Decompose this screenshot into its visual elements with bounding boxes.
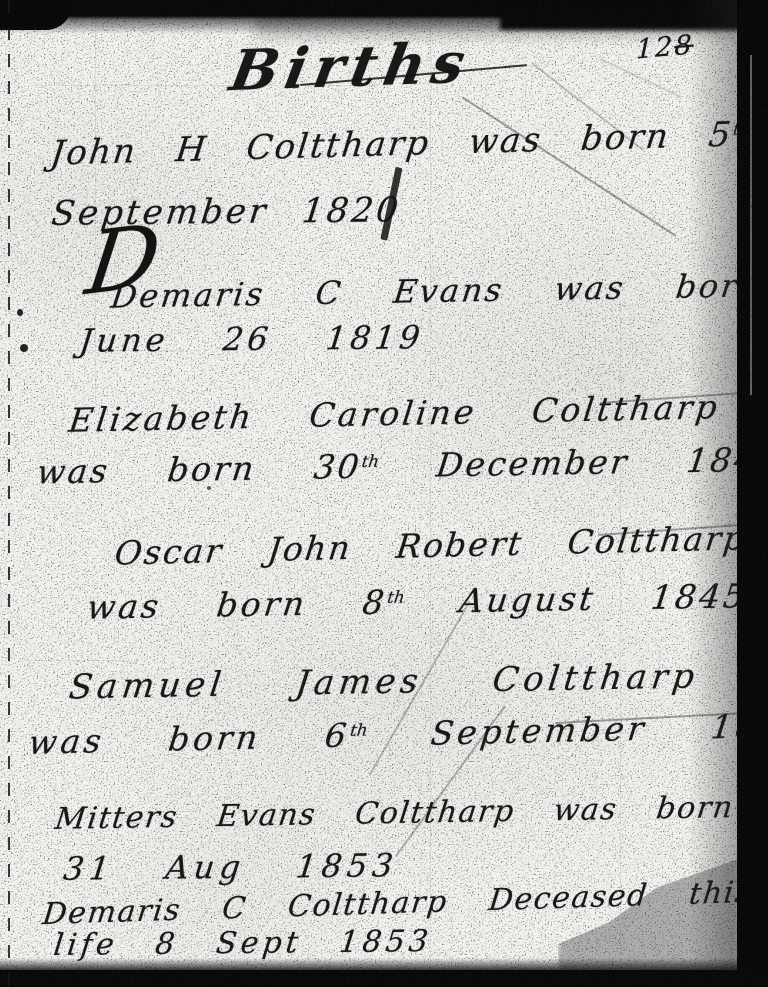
- ink-dot: [20, 344, 28, 352]
- line-text: Mitters Evans Colttharp was born: [53, 790, 736, 837]
- birth-entry-5-line-2: was born 6th September 1847: [27, 705, 768, 762]
- line-text: was born 30: [35, 447, 364, 492]
- ink-dot: [17, 309, 23, 316]
- line-text: John H Colttharp was born 5: [49, 115, 735, 174]
- birth-entry-3-line-1: Elizabeth Caroline Colttharp: [67, 387, 722, 440]
- birth-entry-5-line-1: Samuel James Colttharp: [67, 657, 701, 708]
- line-text: Oscar John Robert Colttharp: [113, 518, 749, 572]
- birth-entry-6-line-2: 31 Aug 1853: [62, 846, 400, 887]
- birth-entry-3-line-2: was born 30th December 1843: [35, 440, 768, 492]
- line-text: was born 6: [27, 716, 352, 762]
- line-text: was born 8: [85, 583, 389, 627]
- birth-entry-2-line-2: June 26 1819: [78, 318, 426, 360]
- birth-entry-4-line-1: Oscar John Robert Colttharp: [113, 518, 749, 572]
- line-text: Elizabeth Caroline Colttharp: [67, 387, 722, 440]
- page-edge-shadow: [0, 958, 768, 970]
- page-number: 128: [636, 30, 694, 66]
- ink-dot: [207, 486, 211, 490]
- scan-border-bottom: [0, 970, 768, 987]
- line-text: 31 Aug 1853: [62, 846, 400, 887]
- line-text: June 26 1819: [78, 318, 426, 360]
- scan-border-highlight: [750, 55, 752, 395]
- birth-entry-6-line-1: Mitters Evans Colttharp was born: [53, 790, 736, 837]
- page-number-main: 12: [636, 31, 675, 65]
- line-text: Samuel James Colttharp: [67, 657, 701, 708]
- birth-entry-2-line-1: Demaris C Evans was born: [109, 266, 764, 315]
- page-title: Births: [225, 30, 477, 104]
- scan-border-right: [737, 0, 768, 987]
- birth-entry-4-line-2: was born 8th August 1845: [85, 576, 750, 626]
- page-edge-shadow: [688, 0, 737, 987]
- scanned-register-page: Births 128 John H Colttharp was born 5th…: [0, 0, 768, 987]
- fold-crease-horizontal: [20, 660, 130, 661]
- fold-line-left: [8, 0, 10, 987]
- line-text: Demaris C Evans was born: [109, 266, 764, 315]
- birth-entry-1-line-1: John H Colttharp was born 5th: [49, 114, 753, 173]
